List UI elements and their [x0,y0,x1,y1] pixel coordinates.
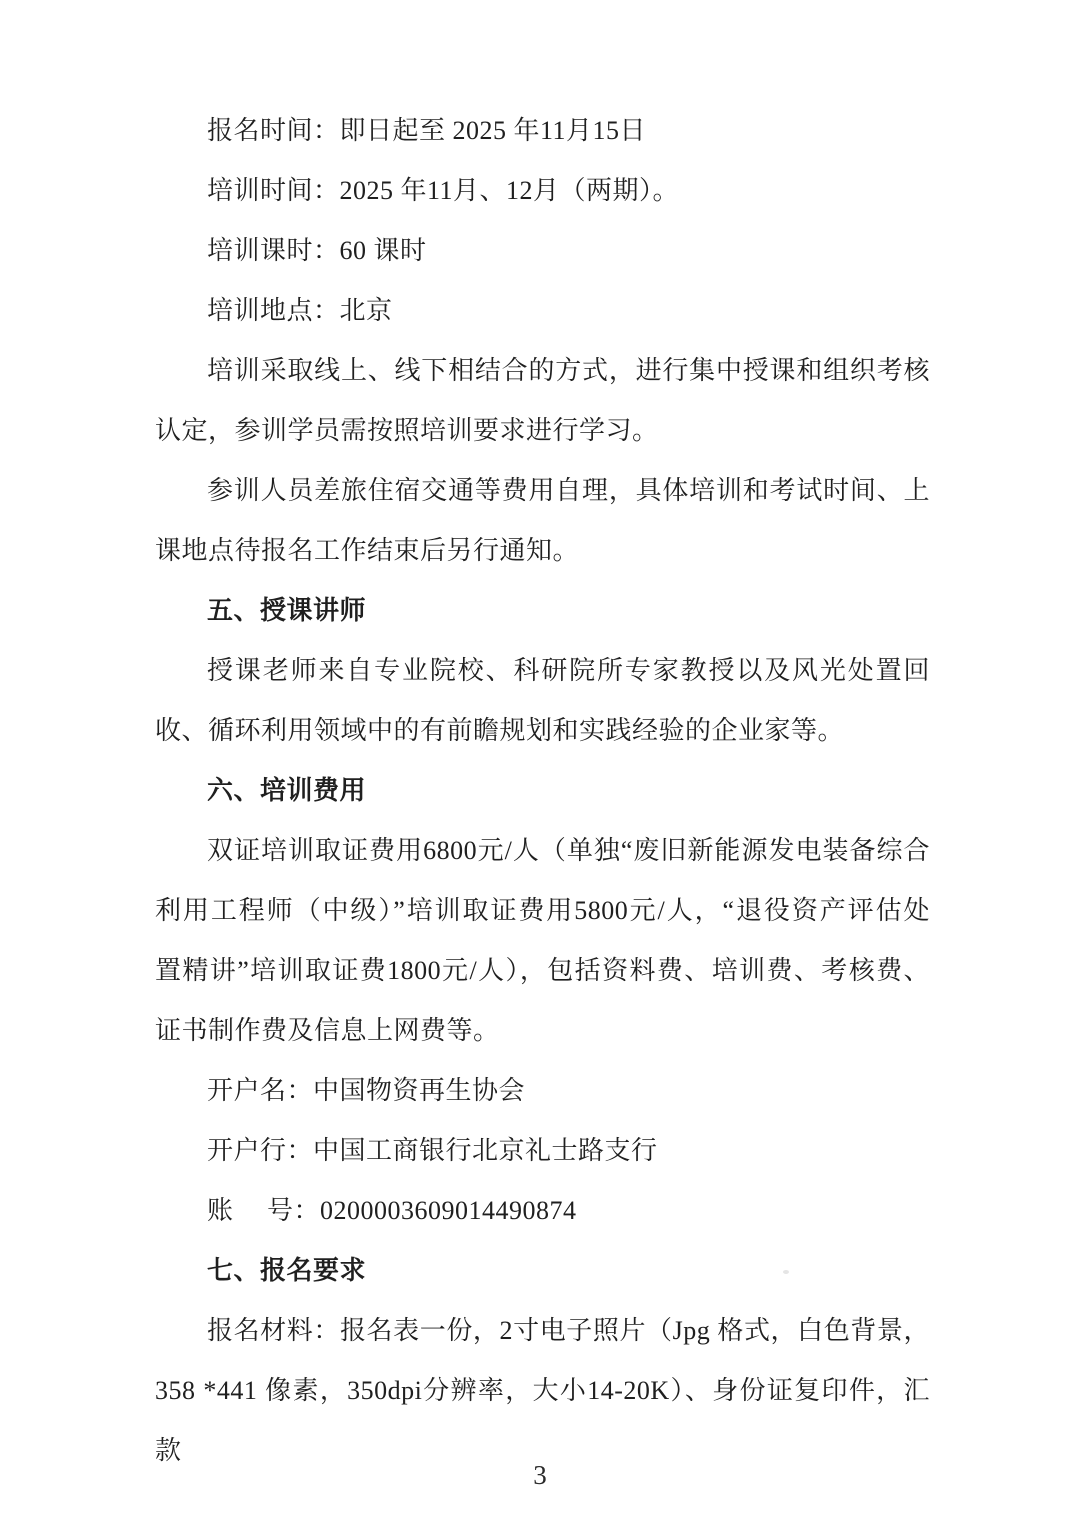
document-line: 收、循环利用领域中的有前瞻规划和实践经验的企业家等。 [155,701,930,761]
document-line: 账 号：0200003609014490874 [155,1181,930,1241]
document-line: 双证培训取证费用6800元/人（单独“废旧新能源发电装备综合 [155,821,930,881]
scan-artifact-dot [783,1270,789,1274]
section-heading: 七、报名要求 [155,1241,930,1301]
document-line: 培训课时：60 课时 [155,221,930,281]
document-line: 培训采取线上、线下相结合的方式，进行集中授课和组织考核 [155,341,930,401]
document-line: 课地点待报名工作结束后另行通知。 [155,521,930,581]
document-page: 报名时间：即日起至 2025 年11月15日培训时间：2025 年11月、12月… [0,0,1080,1529]
document-line: 置精讲”培训取证费1800元/人），包括资料费、培训费、考核费、 [155,941,930,1001]
document-line: 358 *441 像素，350dpi分辨率，大小14-20K）、身份证复印件，汇… [155,1361,930,1421]
section-heading: 六、培训费用 [155,761,930,821]
document-line: 证书制作费及信息上网费等。 [155,1001,930,1061]
document-line: 参训人员差旅住宿交通等费用自理，具体培训和考试时间、上 [155,461,930,521]
document-line: 培训地点：北京 [155,281,930,341]
document-line: 利用工程师（中级）”培训取证费用5800元/人，“退役资产评估处 [155,881,930,941]
document-body: 报名时间：即日起至 2025 年11月15日培训时间：2025 年11月、12月… [155,101,930,1421]
document-line: 认定，参训学员需按照培训要求进行学习。 [155,401,930,461]
document-line: 开户行：中国工商银行北京礼士路支行 [155,1121,930,1181]
document-line: 授课老师来自专业院校、科研院所专家教授以及风光处置回 [155,641,930,701]
section-heading: 五、授课讲师 [155,581,930,641]
document-line: 开户名：中国物资再生协会 [155,1061,930,1121]
document-line: 报名材料：报名表一份，2寸电子照片（Jpg 格式，白色背景， [155,1301,930,1361]
page-number: 3 [0,1455,1080,1495]
document-line: 培训时间：2025 年11月、12月（两期）。 [155,161,930,221]
document-line: 报名时间：即日起至 2025 年11月15日 [155,101,930,161]
